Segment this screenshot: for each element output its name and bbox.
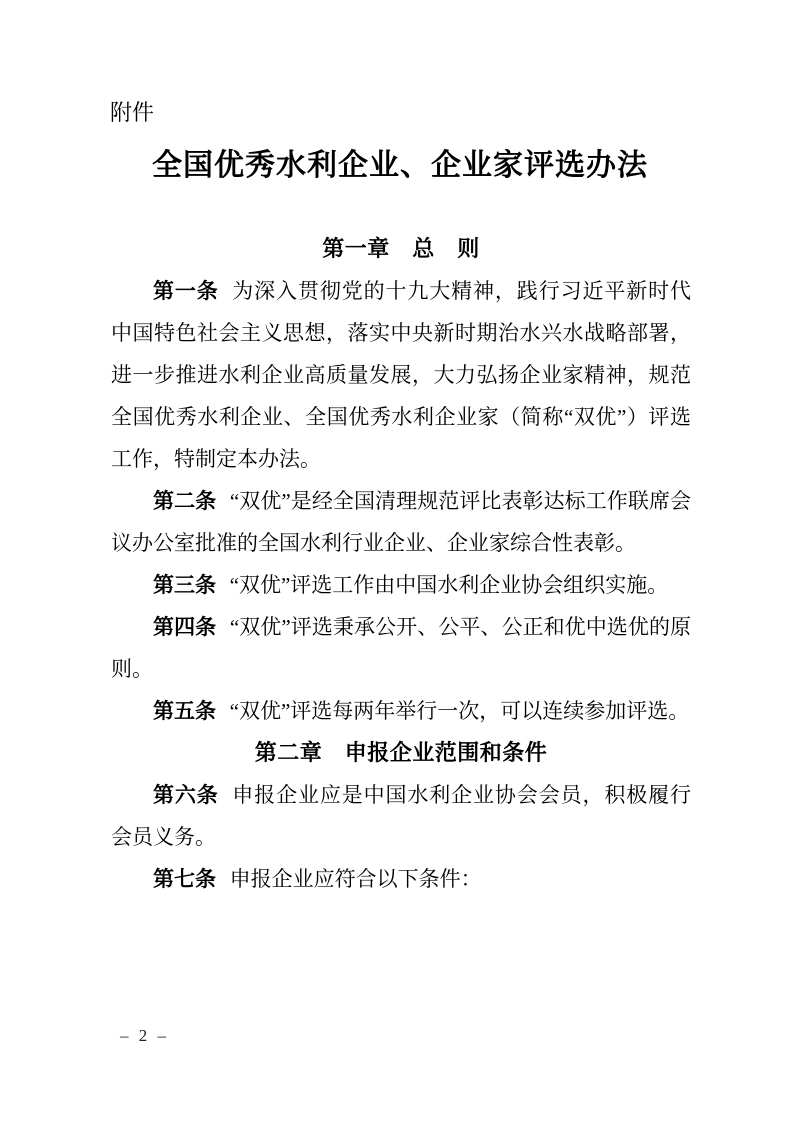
page-number: – 2 – [120,1025,169,1047]
document-page: 附件 全国优秀水利企业、企业家评选办法 第一章 总 则 第一条为深入贯彻党的十九… [0,0,800,1131]
document-body: 第一章 总 则 第一条为深入贯彻党的十九大精神，践行习近平新时代中国特色社会主义… [111,228,691,900]
article-2: 第二条“双优”是经全国清理规范评比表彰达标工作联席会议办公室批准的全国水利行业企… [111,480,691,564]
article-5-text: “双优”评选每两年举行一次，可以连续参加评选。 [230,699,690,723]
chapter-1-heading: 第一章 总 则 [111,228,691,270]
article-3-number: 第三条 [153,573,216,597]
article-4-number: 第四条 [153,615,216,639]
article-1-number: 第一条 [153,279,219,303]
article-4: 第四条“双优”评选秉承公开、公平、公正和优中选优的原则。 [111,606,691,690]
article-5: 第五条“双优”评选每两年举行一次，可以连续参加评选。 [111,690,691,732]
article-1: 第一条为深入贯彻党的十九大精神，践行习近平新时代中国特色社会主义思想，落实中央新… [111,270,691,480]
article-7-number: 第七条 [153,867,216,891]
article-6-number: 第六条 [153,783,219,807]
article-2-number: 第二条 [153,489,216,513]
article-5-number: 第五条 [153,699,216,723]
document-title: 全国优秀水利企业、企业家评选办法 [0,147,800,185]
article-7-text: 申报企业应符合以下条件： [230,867,482,891]
article-3: 第三条“双优”评选工作由中国水利企业协会组织实施。 [111,564,691,606]
chapter-2-heading: 第二章 申报企业范围和条件 [111,732,691,774]
article-3-text: “双优”评选工作由中国水利企业协会组织实施。 [230,573,669,597]
attachment-label: 附件 [110,101,154,125]
article-6: 第六条申报企业应是中国水利企业协会会员，积极履行会员义务。 [111,774,691,858]
article-1-text: 为深入贯彻党的十九大精神，践行习近平新时代中国特色社会主义思想，落实中央新时期治… [111,279,691,471]
article-7: 第七条申报企业应符合以下条件： [111,858,691,900]
